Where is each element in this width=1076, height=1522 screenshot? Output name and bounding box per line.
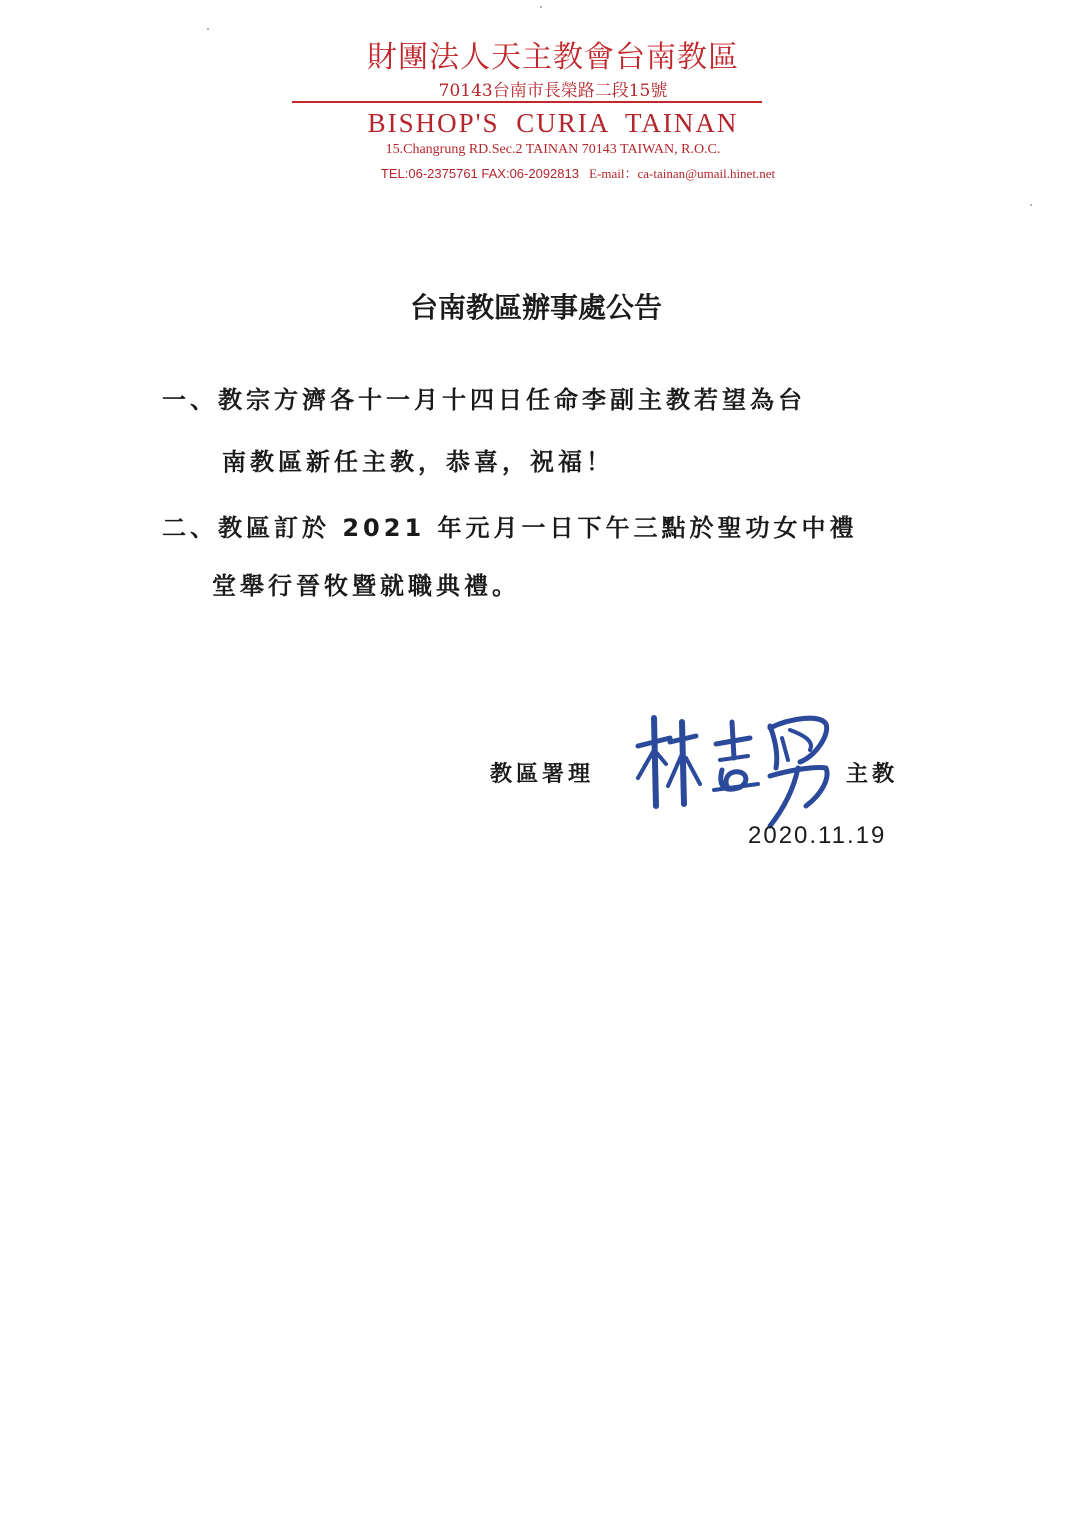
- organization-address-english: 15.Changrung RD.Sec.2 TAINAN 70143 TAIWA…: [30, 142, 1076, 158]
- letterhead-divider: [292, 101, 762, 103]
- document-title: 台南教區辦事處公告: [0, 286, 1074, 326]
- signature-block: 教區署理 主教 2020.11.19: [480, 700, 940, 860]
- announcement-line-2: 南教區新任主教，恭喜，祝福！: [222, 442, 614, 477]
- signer-title: 教區署理: [490, 757, 594, 788]
- announcement-line-1: 一、教宗方濟各十一月十四日任命李副主教若望為台: [162, 380, 806, 415]
- email: E-mail：ca-tainan@umail.hinet.net: [589, 166, 775, 181]
- contact-info: TEL:06-2375761 FAX:06-2092813 E-mail：ca-…: [80, 163, 1076, 182]
- tel-fax: TEL:06-2375761 FAX:06-2092813: [381, 166, 579, 181]
- organization-name-chinese: 財團法人天主教會台南教區: [30, 32, 1076, 76]
- scan-speck: [540, 6, 542, 8]
- scan-speck: [1030, 204, 1032, 206]
- document-date: 2020.11.19: [748, 822, 886, 850]
- organization-address-chinese: 70143台南市長榮路二段15號: [30, 76, 1076, 101]
- organization-name-english: BISHOP'S CURIA TAINAN: [30, 108, 1076, 139]
- handwritten-signature-icon: [630, 708, 840, 838]
- announcement-line-3: 二、教區訂於 2021 年元月一日下午三點於聖功女中禮: [162, 508, 858, 543]
- signer-role: 主教: [846, 757, 898, 788]
- scan-speck: [207, 28, 209, 30]
- announcement-line-4: 堂舉行晉牧暨就職典禮。: [212, 566, 520, 601]
